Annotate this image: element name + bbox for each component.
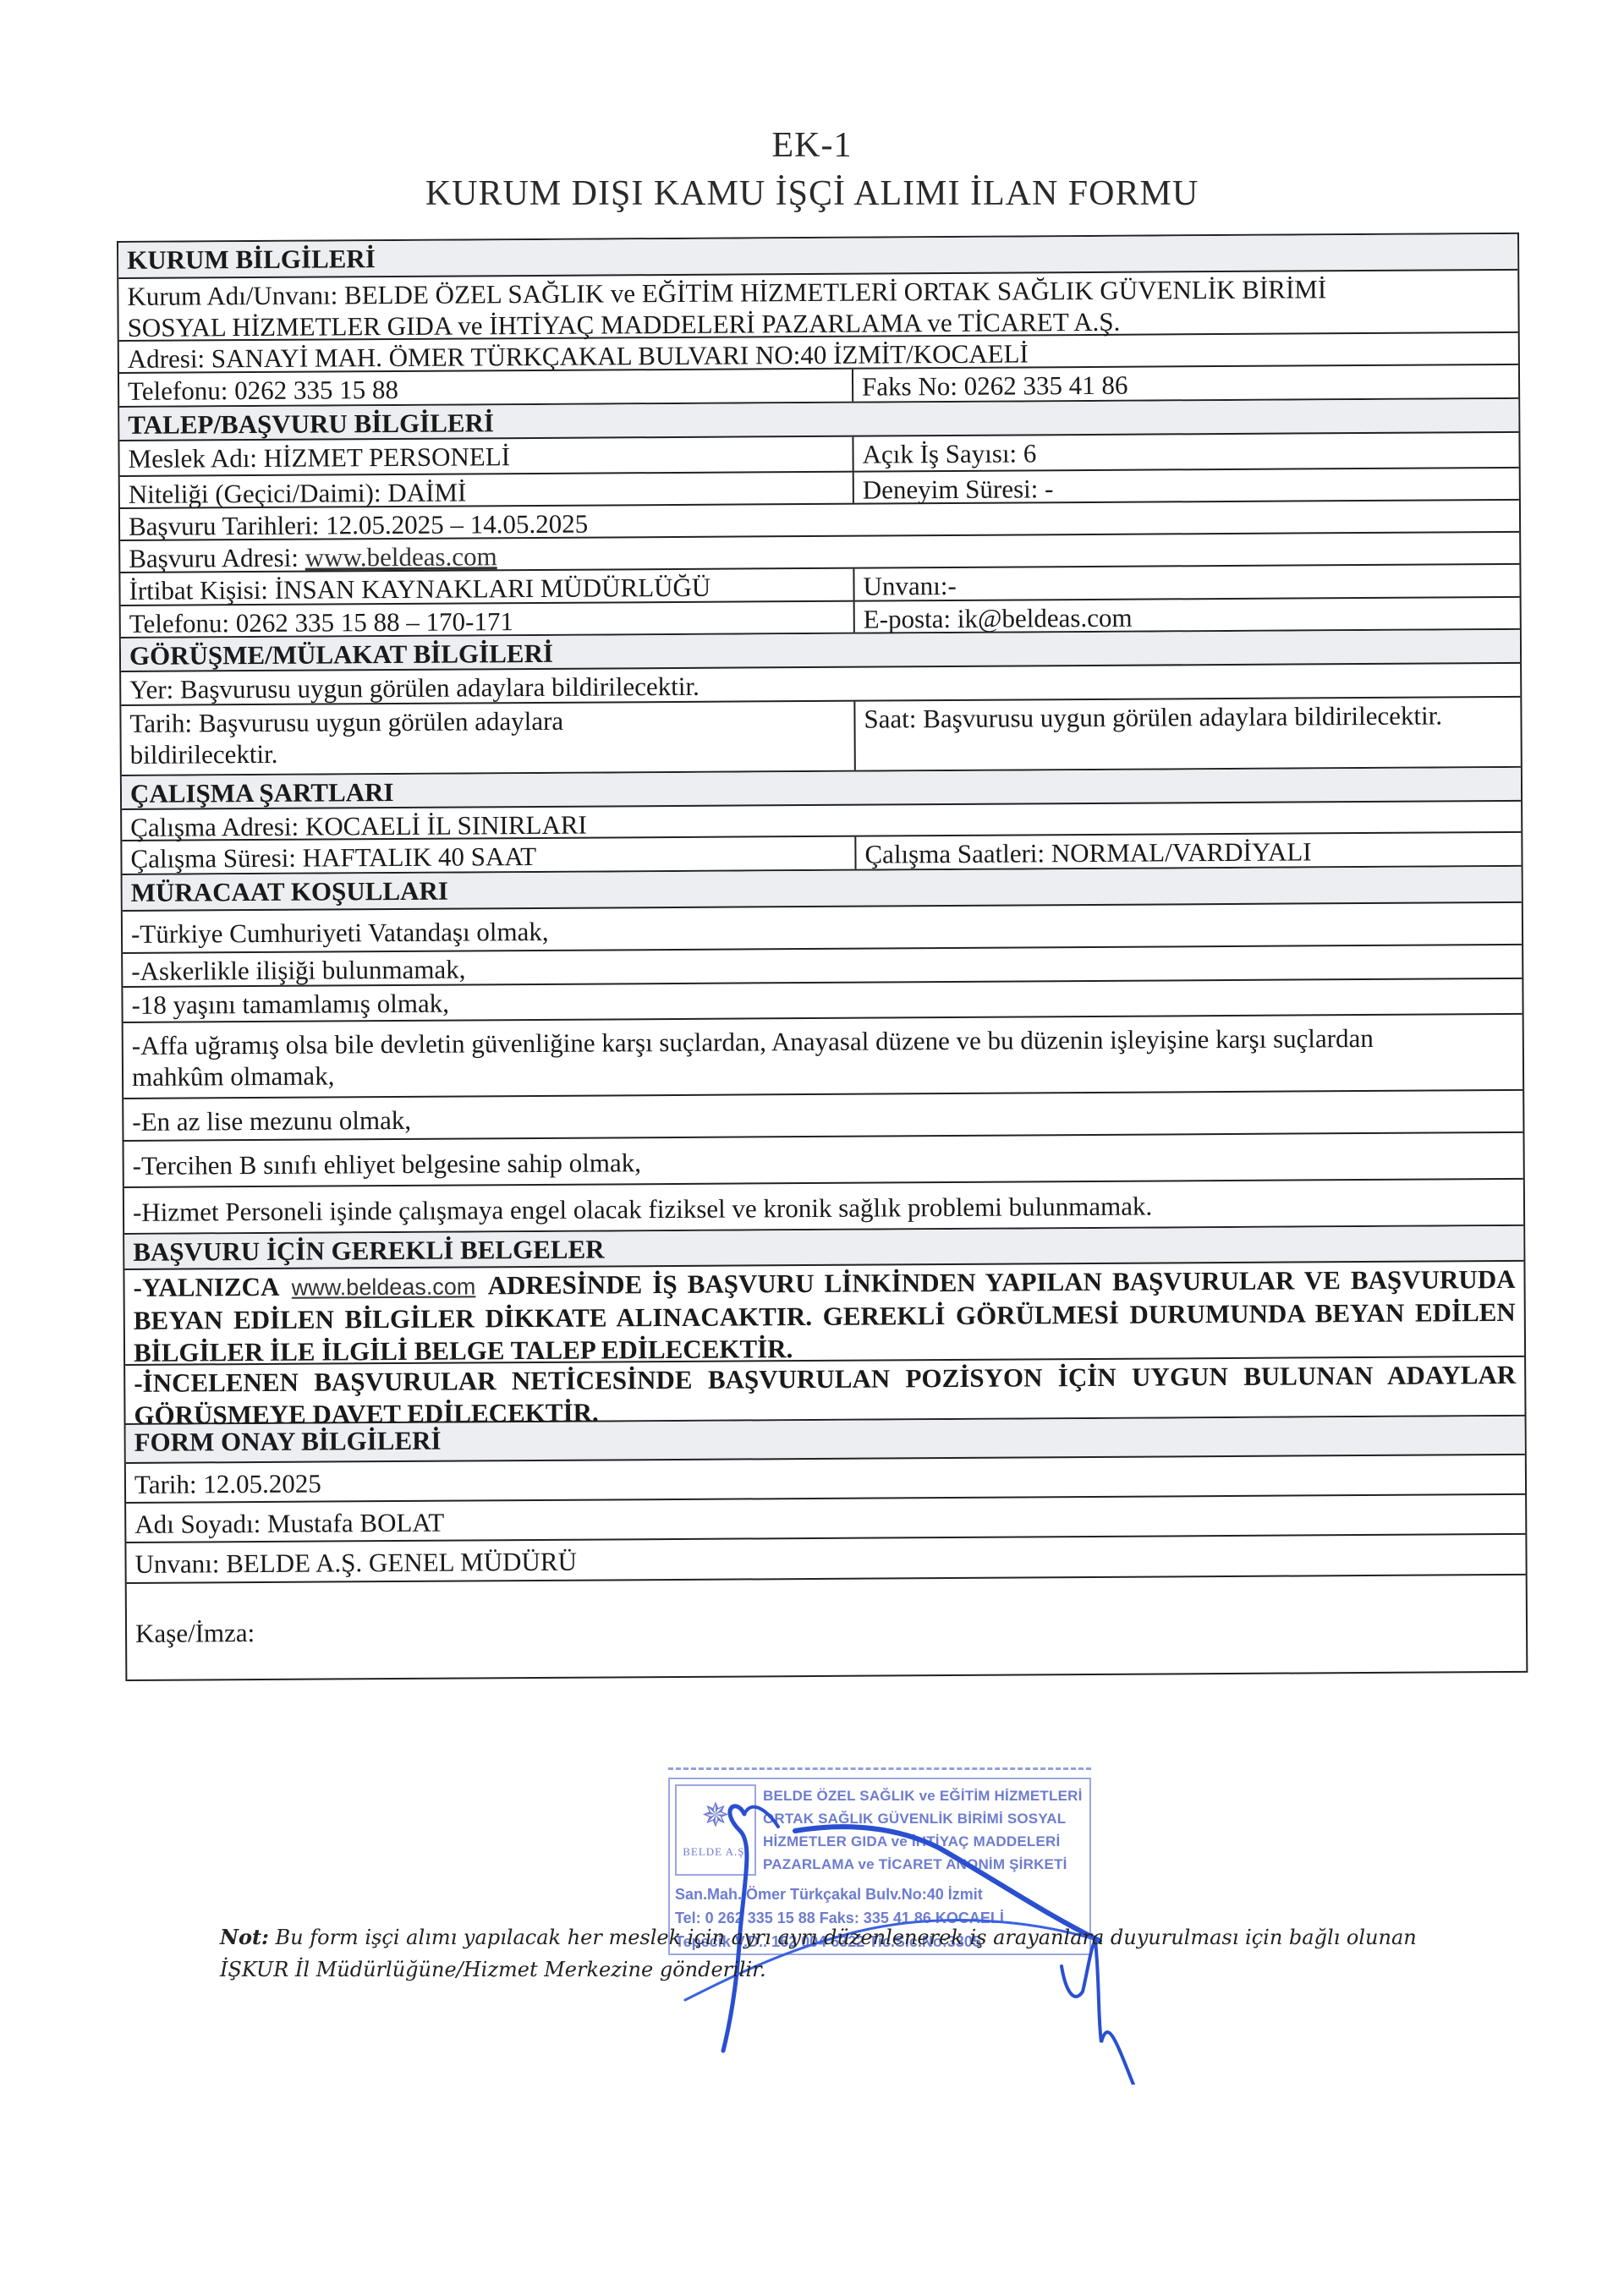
requirement-text: -Affa uğramış olsa bile devletin güvenli… [123,1015,1523,1098]
row-interview-date-time: Tarih: Başvurusu uygun görülen adaylara … [121,698,1520,776]
stamp-company-name: BELDE ÖZEL SAĞLIK ve EĞİTİM HİZMETLERİ O… [763,1784,1088,1876]
interview-date: Tarih: Başvurusu uygun görülen adaylara … [121,702,855,775]
belde-logo-icon: ✵ [677,1786,754,1845]
approver-title: Unvanı: BELDE A.Ş. GENEL MÜDÜRÜ [126,1535,1525,1582]
document-website-link[interactable]: www.beldeas.com [288,1274,480,1300]
footnote-text: Bu form işçi alımı yapılacak her meslek … [220,1926,1417,1981]
experience-duration: Deneyim Süresi: - [854,469,1519,503]
interview-time: Saat: Başvurusu uygun görülen adaylara b… [855,698,1520,770]
form-title: KURUM DIŞI KAMU İŞÇİ ALIMI İLAN FORMU [0,173,1624,214]
section-title: KURUM BİLGİLERİ [118,234,1517,277]
stamp-line: ORTAK SAĞLIK GÜVENLİK BİRİMİ SOSYAL [763,1807,1088,1830]
section-title: MÜRACAAT KOŞULLARI [123,867,1522,910]
footnote-label: Not: [220,1925,269,1949]
work-duration: Çalışma Süresi: HAFTALIK 40 SAAT [122,837,856,874]
institution-phone: Telefonu: 0262 335 15 88 [119,370,853,406]
stamp-line: BELDE ÖZEL SAĞLIK ve EĞİTİM HİZMETLERİ [763,1784,1088,1807]
approval-date: Tarih: 12.05.2025 [126,1455,1525,1502]
job-posting-form-table: KURUM BİLGİLERİ Kurum Adı/Unvanı: BELDE … [117,233,1528,1681]
work-hours: Çalışma Saatleri: NORMAL/VARDİYALI [856,833,1521,869]
annex-label: EK-1 [0,125,1624,166]
contact-title: Unvanı:- [854,565,1519,600]
open-positions: Açık İş Sayısı: 6 [853,433,1518,471]
institution-name: Kurum Adı/Unvanı: BELDE ÖZEL SAĞLIK ve E… [118,271,1517,340]
requirement-text: -En az lise mezunu olmak, [123,1091,1522,1140]
application-website-link[interactable]: www.beldeas.com [305,541,497,572]
stamp-logo: ✵ BELDE A.Ş. [675,1784,756,1876]
stamp-line: HİZMETLER GIDA ve İHTİYAÇ MADDELERİ [763,1830,1088,1853]
row-seal-signature: Kaşe/İmza: [127,1575,1527,1681]
stamp-top-line [668,1767,1091,1773]
employment-nature: Niteliği (Geçici/Daimi): DAİMİ [120,473,854,507]
contact-phone: Telefonu: 0262 335 15 88 – 170-171 [121,602,855,637]
stamp-line: San.Mah. Ömer Türkçakal Bulv.No:40 İzmit [675,1882,1088,1906]
requirement-item: -Hizmet Personeli işinde çalışmaya engel… [124,1180,1523,1235]
application-address-label: Başvuru Adresi: [129,543,305,573]
document-text: -YALNIZCA www.beldeas.com ADRESİNDE İŞ B… [124,1262,1524,1364]
requirement-text: -Hizmet Personeli işinde çalışmaya engel… [124,1180,1523,1233]
document-text: -İNCELENEN BAŞVURULAR NETİCESİNDE BAŞVUR… [125,1357,1524,1423]
footnote: Not: Bu form işçi alımı yapılacak her me… [220,1921,1489,1986]
requirement-text: -Türkiye Cumhuriyeti Vatandaşı olmak, [123,903,1522,952]
institution-fax: Faks No: 0262 335 41 86 [853,365,1518,402]
occupation-name: Meslek Adı: HİZMET PERSONELİ [119,437,853,475]
approver-name: Adı Soyadı: Mustafa BOLAT [126,1495,1525,1542]
stamp-logo-label: BELDE A.Ş. [677,1845,754,1859]
seal-signature-label: Kaşe/İmza: [127,1575,1527,1680]
requirement-item: -Affa uğramış olsa bile devletin güvenli… [123,1015,1523,1099]
document-prefix: -YALNIZCA [133,1272,277,1302]
document-item: -YALNIZCA www.beldeas.com ADRESİNDE İŞ B… [124,1262,1524,1366]
contact-person: İrtibat Kişisi: İNSAN KAYNAKLARI MÜDÜRLÜ… [120,569,854,605]
stamp-line: PAZARLAMA ve TİCARET ANONİM ŞİRKETİ [763,1853,1088,1876]
document-item: -İNCELENEN BAŞVURULAR NETİCESİNDE BAŞVUR… [125,1357,1524,1425]
row-institution-name: Kurum Adı/Unvanı: BELDE ÖZEL SAĞLIK ve E… [118,271,1517,342]
contact-email: E-posta: ik@beldeas.com [855,598,1520,633]
requirement-item: -Tercihen B sınıfı ehliyet belgesine sah… [124,1133,1523,1188]
requirement-text: -Tercihen B sınıfı ehliyet belgesine sah… [124,1133,1523,1186]
section-title: FORM ONAY BİLGİLERİ [126,1417,1525,1462]
